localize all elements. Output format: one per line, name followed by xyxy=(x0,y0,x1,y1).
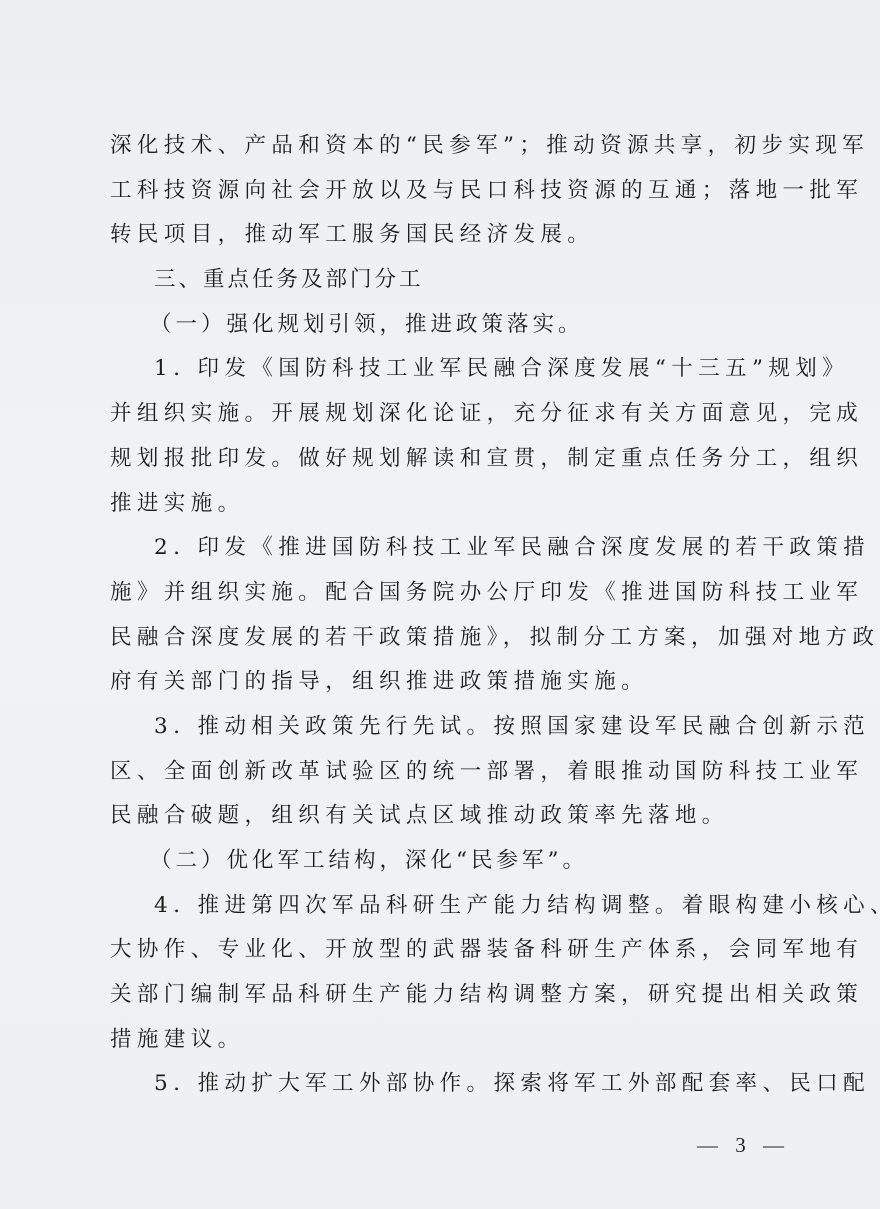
subsection-heading: （二）优化军工结构，深化“民参军”。 xyxy=(110,839,792,884)
paragraph-line: 转民项目，推动军工服务国民经济发展。 xyxy=(110,213,792,258)
paragraph-line: 5. 推动扩大军工外部协作。探索将军工外部配套率、民口配 xyxy=(110,1062,792,1107)
subsection-heading: （一）强化规划引领，推进政策落实。 xyxy=(110,303,792,348)
paragraph-line: 工科技资源向社会开放以及与民口科技资源的互通；落地一批军 xyxy=(110,169,792,214)
paragraph-line: 推进实施。 xyxy=(110,482,792,527)
paragraph-line: 区、全面创新改革试验区的统一部署，着眼推动国防科技工业军 xyxy=(110,750,792,795)
paragraph-line: 并组织实施。开展规划深化论证，充分征求有关方面意见，完成 xyxy=(110,392,792,437)
document-page: 深化技术、产品和资本的“民参军”；推动资源共享，初步实现军 工科技资源向社会开放… xyxy=(0,0,880,1209)
paragraph-line: 4. 推进第四次军品科研生产能力结构调整。着眼构建小核心、 xyxy=(110,884,792,929)
paragraph-line: 3. 推动相关政策先行先试。按照国家建设军民融合创新示范 xyxy=(110,705,792,750)
paragraph-line: 1. 印发《国防科技工业军民融合深度发展“十三五”规划》 xyxy=(110,347,792,392)
paragraph-line: 府有关部门的指导，组织推进政策措施实施。 xyxy=(110,660,792,705)
paragraph-line: 关部门编制军品科研生产能力结构调整方案，研究提出相关政策 xyxy=(110,973,792,1018)
document-body: 深化技术、产品和资本的“民参军”；推动资源共享，初步实现军 工科技资源向社会开放… xyxy=(110,124,792,1107)
page-number: — 3 — xyxy=(697,1133,790,1158)
paragraph-line: 民融合深度发展的若干政策措施》，拟制分工方案，加强对地方政 xyxy=(110,616,792,661)
paragraph-line: 2. 印发《推进国防科技工业军民融合深度发展的若干政策措 xyxy=(110,526,792,571)
paragraph-line: 民融合破题，组织有关试点区域推动政策率先落地。 xyxy=(110,794,792,839)
paragraph-line: 大协作、专业化、开放型的武器装备科研生产体系，会同军地有 xyxy=(110,928,792,973)
paragraph-line: 措施建议。 xyxy=(110,1018,792,1063)
paragraph-line: 规划报批印发。做好规划解读和宣贯，制定重点任务分工，组织 xyxy=(110,437,792,482)
paragraph-line: 施》并组织实施。配合国务院办公厅印发《推进国防科技工业军 xyxy=(110,571,792,616)
section-heading: 三、重点任务及部门分工 xyxy=(110,258,792,303)
paragraph-line: 深化技术、产品和资本的“民参军”；推动资源共享，初步实现军 xyxy=(110,124,792,169)
